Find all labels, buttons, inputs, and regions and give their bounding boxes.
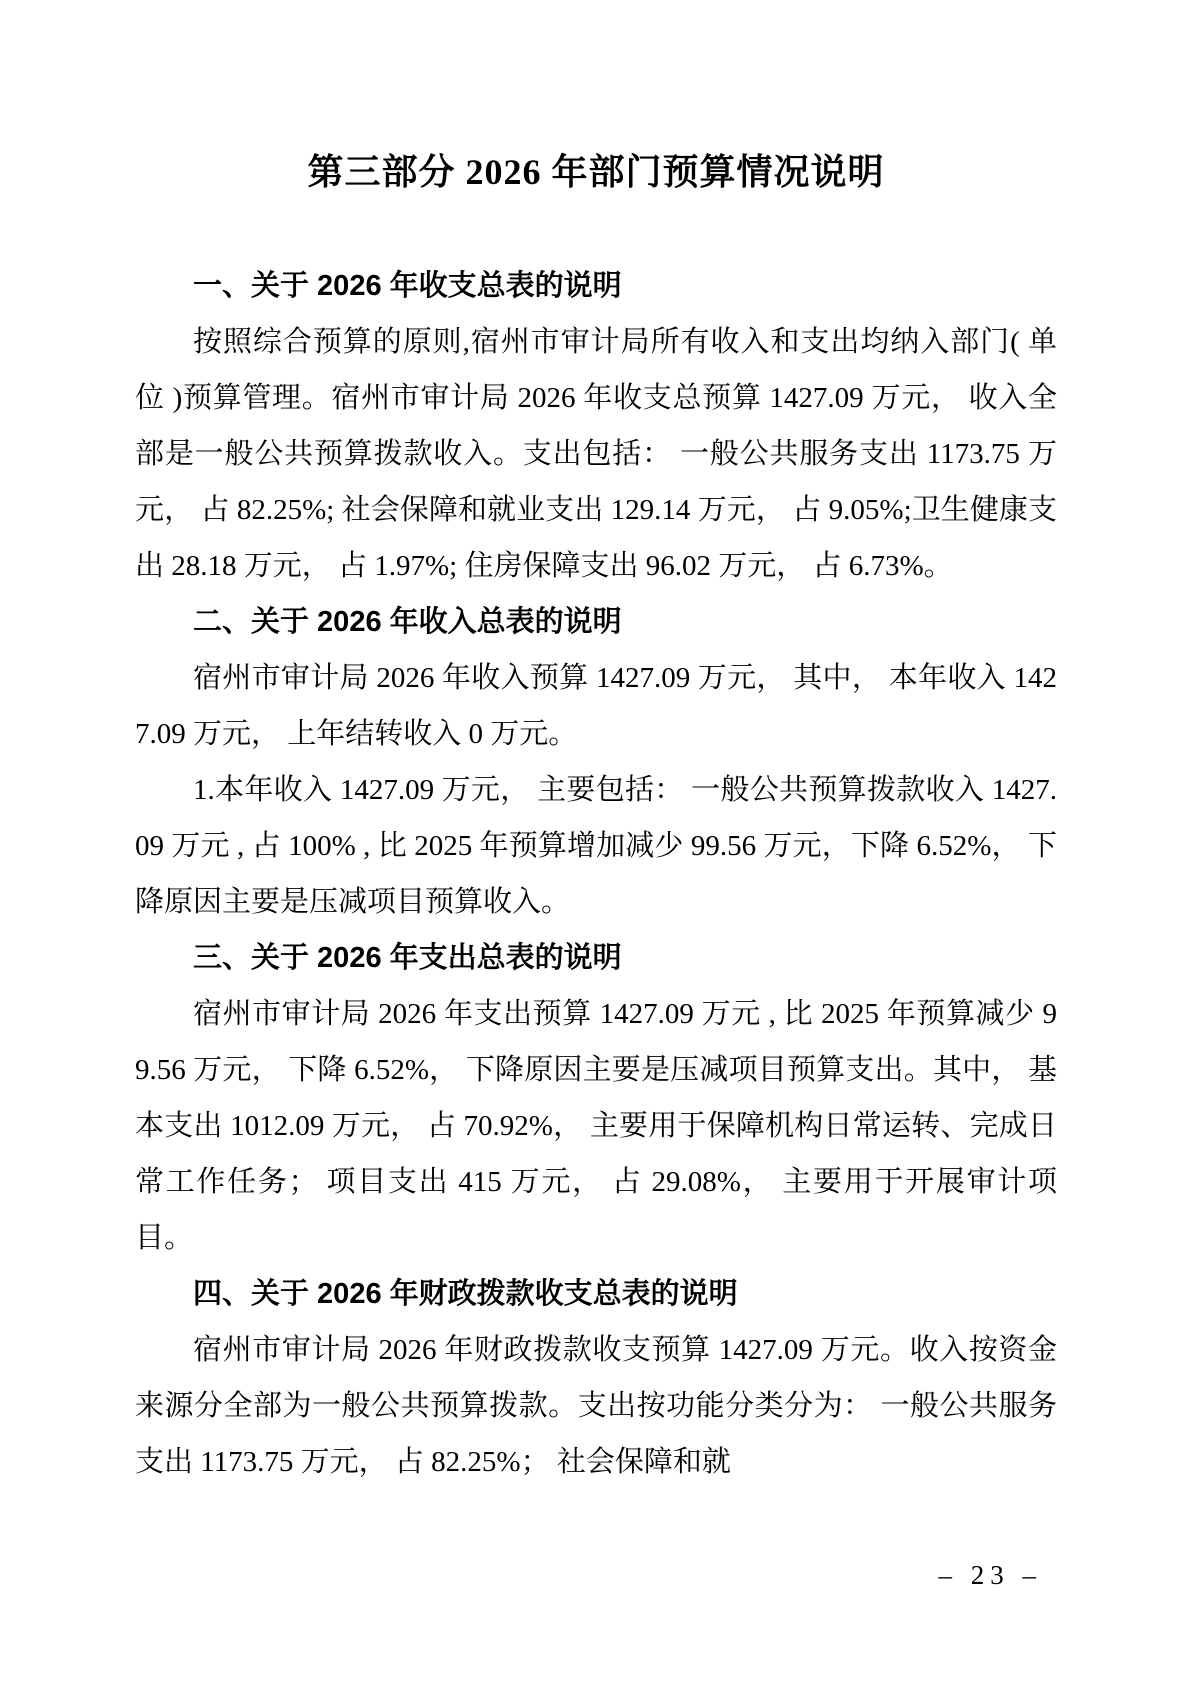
paragraph: 按照综合预算的原则,宿州市审计局所有收入和支出均纳入部门( 单位 )预算管理。宿… (135, 314, 1057, 594)
paragraph: 宿州市审计局 2026 年收入预算 1427.09 万元， 其中， 本年收入 1… (135, 650, 1057, 762)
section-expenditure-summary: 三、关于 2026 年支出总表的说明 宿州市审计局 2026 年支出预算 142… (135, 930, 1057, 1266)
section-heading-3: 三、关于 2026 年支出总表的说明 (135, 930, 1057, 986)
section-heading-2: 二、关于 2026 年收入总表的说明 (135, 594, 1057, 650)
paragraph: 1.本年收入 1427.09 万元， 主要包括： 一般公共预算拨款收入 1427… (135, 762, 1057, 930)
section-fiscal-appropriation-summary: 四、关于 2026 年财政拨款收支总表的说明 宿州市审计局 2026 年财政拨款… (135, 1266, 1057, 1490)
section-heading-1: 一、关于 2026 年收支总表的说明 (135, 258, 1057, 314)
section-heading-4: 四、关于 2026 年财政拨款收支总表的说明 (135, 1266, 1057, 1322)
document-title: 第三部分 2026 年部门预算情况说明 (135, 148, 1057, 196)
paragraph: 宿州市审计局 2026 年支出预算 1427.09 万元 , 比 2025 年预… (135, 986, 1057, 1266)
section-income-summary: 二、关于 2026 年收入总表的说明 宿州市审计局 2026 年收入预算 142… (135, 594, 1057, 930)
section-income-expenditure-summary: 一、关于 2026 年收支总表的说明 按照综合预算的原则,宿州市审计局所有收入和… (135, 258, 1057, 594)
document-page: 第三部分 2026 年部门预算情况说明 一、关于 2026 年收支总表的说明 按… (0, 0, 1190, 1683)
paragraph: 宿州市审计局 2026 年财政拨款收支预算 1427.09 万元。收入按资金来源… (135, 1322, 1057, 1490)
page-number: – 23 – (939, 1560, 1043, 1591)
